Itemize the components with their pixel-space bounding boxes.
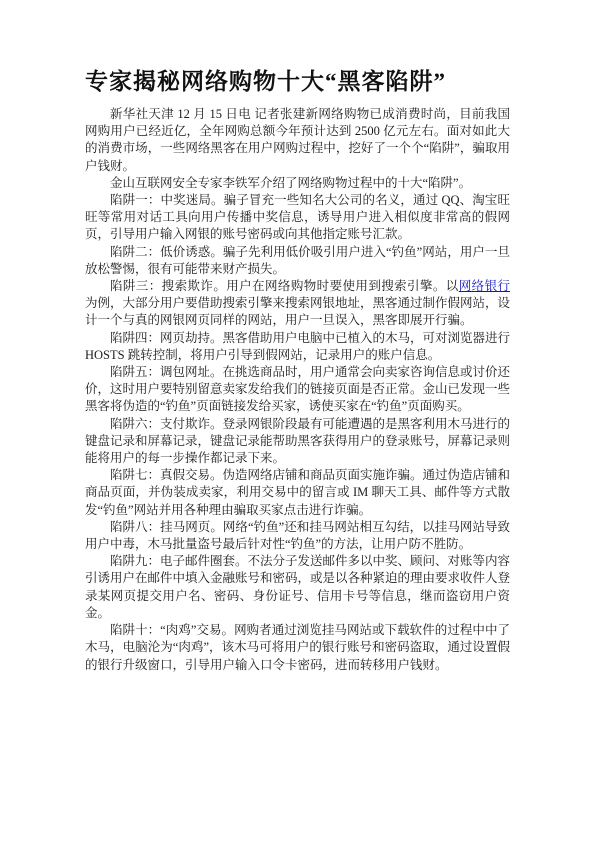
paragraph-trap-5: 陷阱五：调包网址。在挑选商品时，用户通常会向卖家咨询信息或讨价还价，这时用户要特… bbox=[85, 364, 510, 416]
paragraph-trap-2: 陷阱二：低价诱惑。骗子先利用低价吸引用户进入“钓鱼”网站，用户一旦放松警惕，很有… bbox=[85, 244, 510, 278]
paragraph-intro: 新华社天津 12 月 15 日电 记者张建新网络购物已成消费时尚，目前我国网购用… bbox=[85, 106, 510, 175]
trap-3-text-after: 为例，大部分用户要借助搜索引擎来搜索网银地址，黑客通过制作假网站，设计一个与真的… bbox=[85, 296, 510, 327]
document-page: 专家揭秘网络购物十大“黑客陷阱” 新华社天津 12 月 15 日电 记者张建新网… bbox=[0, 0, 595, 842]
paragraph-trap-7: 陷阱七：真假交易。伪造网络店铺和商品页面实施诈骗。通过伪造店铺和商品页面，并伪装… bbox=[85, 467, 510, 519]
paragraph-trap-1: 陷阱一：中奖迷局。骗子冒充一些知名大公司的名义，通过 QQ、淘宝旺旺等常用对话工… bbox=[85, 192, 510, 244]
paragraph-trap-6: 陷阱六：支付欺诈。登录网银阶段最有可能遭遇的是黑客利用木马进行的键盘记录和屏幕记… bbox=[85, 416, 510, 468]
article-title: 专家揭秘网络购物十大“黑客陷阱” bbox=[85, 68, 510, 96]
paragraph-trap-9: 陷阱九：电子邮件圈套。不法分子发送邮件多以中奖、顾问、对账等内容引诱用户在邮件中… bbox=[85, 553, 510, 622]
trap-3-text-before: 陷阱三：搜索欺诈。用户在网络购物时要使用到搜索引擎。以 bbox=[110, 279, 459, 293]
paragraph-expert: 金山互联网安全专家李铁军介绍了网络购物过程中的十大“陷阱”。 bbox=[85, 175, 510, 192]
paragraph-trap-8: 陷阱八：挂马网页。网络“钓鱼”还和挂马网站相互勾结，以挂马网站导致用户中毒，木马… bbox=[85, 519, 510, 553]
article-content: 专家揭秘网络购物十大“黑客陷阱” 新华社天津 12 月 15 日电 记者张建新网… bbox=[85, 68, 510, 674]
online-banking-link[interactable]: 网络银行 bbox=[459, 279, 510, 293]
paragraph-trap-10: 陷阱十：“肉鸡”交易。网购者通过浏览挂马网站或下载软件的过程中中了木马，电脑沦为… bbox=[85, 622, 510, 674]
paragraph-trap-4: 陷阱四：网页劫持。黑客借助用户电脑中已植入的木马，可对浏览器进行 HOSTS 跳… bbox=[85, 330, 510, 364]
paragraph-trap-3: 陷阱三：搜索欺诈。用户在网络购物时要使用到搜索引擎。以网络银行为例，大部分用户要… bbox=[85, 278, 510, 330]
article-body: 新华社天津 12 月 15 日电 记者张建新网络购物已成消费时尚，目前我国网购用… bbox=[85, 106, 510, 674]
